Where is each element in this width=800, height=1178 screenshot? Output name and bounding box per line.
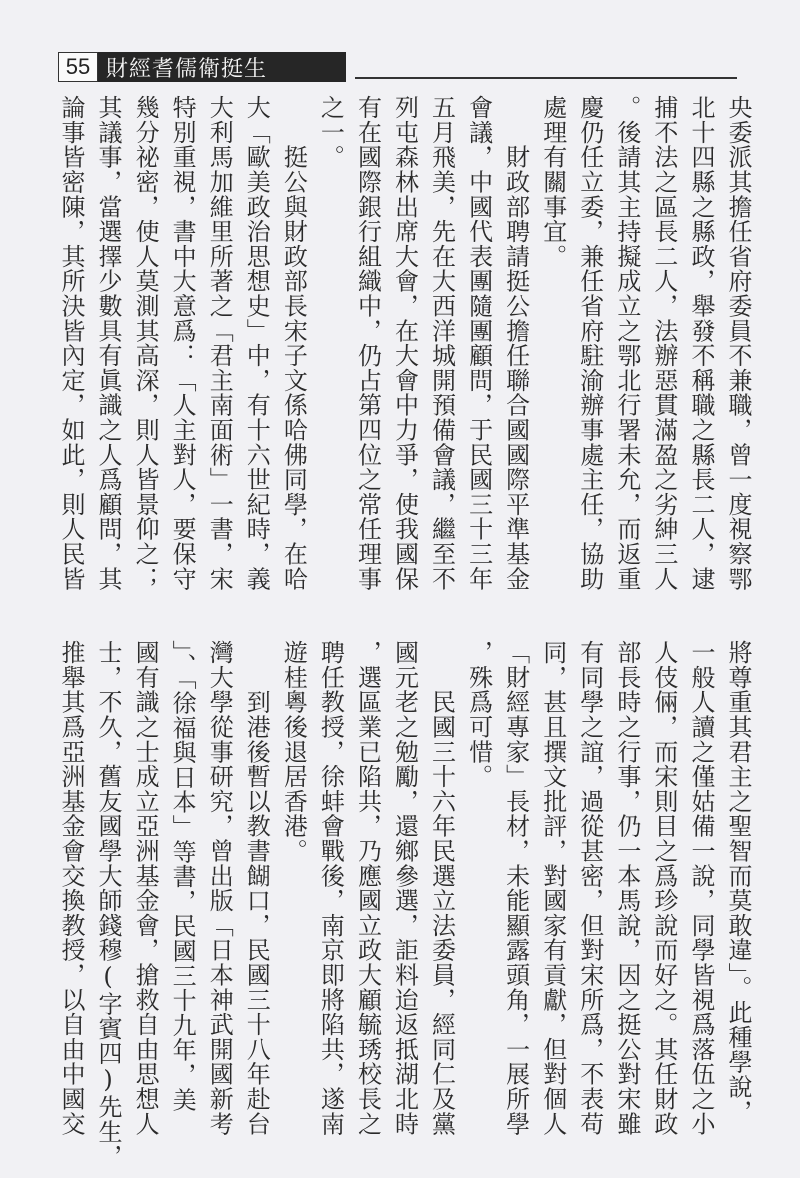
text-column: 推舉其爲亞洲基金會交換教授，以自由中國交 [53, 640, 83, 1136]
page-number: 55 [58, 52, 98, 82]
text-column: 五月飛美，先在大西洋城開預備會議，繼至不 [424, 95, 454, 591]
text-column: ，殊爲可惜。 [461, 640, 491, 789]
text-column: 。後請其主持擬成立之鄂北行署未允，而返重 [609, 95, 639, 591]
text-column: 遊桂粵後退居香港。 [275, 640, 305, 863]
text-column: 北十四縣之縣政，舉發不稱職之縣長二人，逮 [683, 95, 713, 591]
text-column: 有同學之誼，過從甚密，但對宋所爲，不表苟 [572, 640, 602, 1136]
text-column: 慶仍任立委，兼任省府駐渝辦事處主任，協助 [572, 95, 602, 591]
text-column: 處理有關事宜。 [535, 95, 565, 269]
text-column: 」、「徐福與日本」等書，民國三十九年，美 [164, 640, 194, 1112]
text-column: 國元老之勉勵，還鄉參選，詎料迨返抵湖北時 [387, 640, 417, 1136]
text-column: ，選區業已陷共，乃應國立政大顧毓琇校長之 [349, 640, 379, 1136]
text-column: 聘任教授，徐蚌會戰後，南京即將陷共，遂南 [312, 640, 342, 1136]
text-column: 士，不久，舊友國學大師錢穆(字賓四)先生， [90, 640, 120, 1169]
text-column: 特別重視，書中大意爲：「人主對人，要保守 [164, 95, 194, 591]
text-column: 部長時之行事，仍一本馬說，因之挺公對宋雖 [609, 640, 639, 1136]
text-column: 國有識之士成立亞洲基金會，搶救自由思想人 [127, 640, 157, 1136]
text-column: 有在國際銀行組織中，仍占第四位之常任理事 [349, 95, 379, 591]
text-column: 捕不法之區長二人，法辦惡貫滿盈之劣紳三人 [646, 95, 676, 591]
text-column: 大「歐美政治思想史」中，有十六世紀時，義 [238, 95, 268, 591]
text-column: 列屯森林出席大會，在大會中力爭，使我國保 [387, 95, 417, 591]
header-rule-divider [355, 77, 737, 79]
text-column: 「財經專家」長材，未能顯露頭角，一展所學 [498, 640, 528, 1136]
text-column: 其議事，當選擇少數具有眞識之人爲顧問，其 [90, 95, 120, 591]
text-column: 央委派其擔任省府委員不兼職，曾一度視察鄂 [720, 95, 750, 591]
text-column: 挺公與財政部長宋子文係哈佛同學，在哈 [275, 95, 305, 591]
running-title: 財經耆儒衛挺生 [98, 52, 346, 82]
text-column: 大利馬加維里所著之「君主南面術」一書，宋 [201, 95, 231, 591]
text-column: 人伎倆，而宋則目之爲珍說而好之。其任財政 [646, 640, 676, 1136]
text-column: 幾分祕密，使人莫測其高深，則人皆景仰之； [127, 95, 157, 591]
text-column: 灣大學從事研究，曾出版「日本神武開國新考 [201, 640, 231, 1136]
page-header: 55 財經耆儒衛挺生 [58, 52, 346, 82]
text-column: 到港後暫以教書餬口，民國三十八年赴台 [238, 640, 268, 1136]
text-column: 一般人讀之僅姑備一說，同學皆視爲落伍之小 [683, 640, 713, 1136]
text-column: 將尊重其君主之聖智而莫敢違」。此種學說， [720, 640, 750, 1124]
text-column: 論事皆密陳，其所決皆內定，如此，則人民皆 [53, 95, 83, 591]
text-column: 同，甚且撰文批評，對國家有貢獻，但對個人 [535, 640, 565, 1136]
text-column: 財政部聘請挺公擔任聯合國國際平準基金 [498, 95, 528, 591]
text-column: 會議，中國代表團隨團顧問，于民國三十三年 [461, 95, 491, 591]
text-column: 民國三十六年民選立法委員，經同仁及黨 [424, 640, 454, 1136]
text-column: 之一。 [312, 95, 342, 169]
